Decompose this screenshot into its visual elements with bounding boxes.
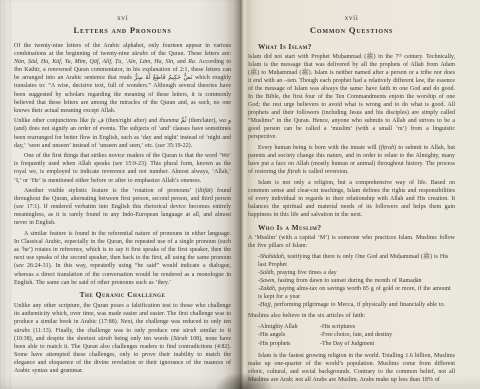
paragraph-islam-definition: Islam did not start with Prophet Muḥamma… — [248, 53, 455, 142]
right-page-content: xvii Common Questions What Is Islam? Isl… — [248, 13, 455, 383]
list-item: -His scriptures — [320, 323, 392, 331]
list-item: -Ḥajj, performing pilgrimage to Mecca, i… — [258, 301, 455, 309]
paragraph-muslim-definition: A ‘Muslim’ (with a capital ‘M’) is someo… — [248, 234, 455, 250]
paragraph-letters-overview: Of the twenty-nine letters of the Arabic… — [14, 42, 231, 115]
paragraph-way-of-life: Islam is not only a religion, but a comp… — [248, 179, 455, 219]
left-page: xvi Letters and Pronouns Of the twenty-n… — [0, 0, 240, 389]
paragraph-royal-we: One of the first things that strikes nov… — [14, 152, 231, 184]
list-item: -Ṣawm, fasting from dawn to sunset durin… — [258, 277, 455, 285]
open-book-spread: xvi Letters and Pronouns Of the twenty-n… — [0, 0, 480, 389]
left-page-number: xvi — [14, 13, 231, 22]
list-item: -The Day of Judgment — [320, 340, 392, 348]
paragraph-conjunctions: Unlike other conjunctions like fa ف (the… — [14, 117, 231, 149]
list-item: -Almighty Allah — [258, 323, 320, 331]
book-scan: { "book": { "left_page": { "page_number"… — [0, 0, 480, 389]
articles-of-faith-column-2: -His scriptures-Free choice, fate, and d… — [320, 323, 392, 348]
left-page-content: xvi Letters and Pronouns Of the twenty-n… — [14, 13, 231, 383]
list-item: -His prophets — [258, 340, 320, 348]
paragraph-referential-pronouns: A similar feature is found in the refere… — [14, 230, 231, 287]
section-title-what-is-islam: What Is Islam? — [258, 42, 455, 51]
left-chapter-title: Letters and Pronouns — [14, 25, 231, 35]
right-page: xvii Common Questions What Is Islam? Isl… — [240, 0, 480, 389]
section-title-quranic-challenge: The Quranic Challenge — [14, 290, 231, 299]
list-item: -Free choice, fate, and destiny — [320, 331, 392, 339]
paragraph-quranic-challenge: Unlike any other scripture, the Quran po… — [14, 302, 231, 375]
list-item: -Ṣalāh, praying five times a day — [258, 269, 455, 277]
paragraph-fastest-growing: Islam is the fastest growing religion in… — [248, 352, 455, 383]
articles-of-faith-column-1: -Almighty Allah-His angels-His prophets — [258, 323, 320, 348]
list-item: -Shahādah, testifying that there is only… — [258, 253, 455, 269]
list-item: -Zakāh, paying alms-tax on savings worth… — [258, 285, 455, 301]
articles-of-faith-table: -Almighty Allah-His angels-His prophets … — [258, 323, 455, 348]
paragraph-articles-intro: Muslims also believe in the six articles… — [248, 312, 455, 320]
right-chapter-title: Common Questions — [248, 25, 455, 35]
section-title-who-is-a-muslim: Who Is a Muslim? — [258, 223, 455, 232]
paragraph-rotation-of-pronouns: Another visible stylistic feature is the… — [14, 187, 231, 227]
right-page-number: xvii — [248, 13, 455, 22]
paragraph-fitrah: Every human being is born with the innat… — [248, 144, 455, 176]
list-item: -His angels — [258, 331, 320, 339]
five-pillars-list: -Shahādah, testifying that there is only… — [258, 253, 455, 310]
